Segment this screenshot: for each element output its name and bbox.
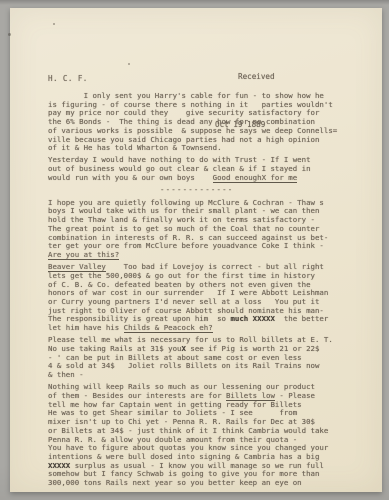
- paper-speck: [53, 23, 55, 25]
- letter-text: out of business would go out clear & cle…: [48, 164, 311, 173]
- letter-text: see if Pig is worth 21 or 22$: [186, 344, 320, 353]
- letter-line: 300,000 tons Rails next year so you bett…: [48, 479, 373, 488]
- letter-text: 300,000 tons Rails next year so you bett…: [48, 478, 302, 487]
- letter-line: of it & He has told Wharton & Townsend.: [48, 144, 373, 153]
- letter-body: I only sent you Harry's cable for fun - …: [48, 92, 373, 491]
- letter-text: of them - Besides our interests are for: [48, 391, 226, 400]
- letter-text: I hope you are quietly following up McCl…: [48, 198, 324, 207]
- received-label: Received: [215, 69, 275, 85]
- letter-text: - ' can be put in Billets at about same …: [48, 353, 302, 362]
- underlined-text: Are you at this?: [48, 250, 119, 260]
- letter-text: is figuring - of course there s nothing …: [48, 100, 333, 109]
- letter-text: 4 & sold at 34$ Joliet rolls Billets on …: [48, 361, 319, 370]
- letter-text: let him have his: [48, 323, 124, 332]
- letter-text: Penna R. R. & allow you double amount fr…: [48, 435, 297, 444]
- letter-text: I only sent you Harry's cable for fun - …: [48, 91, 324, 100]
- letter-text: intentions & were bull dosed into signin…: [48, 452, 319, 461]
- paragraph: Nothing will keep Rails so much as our l…: [48, 383, 373, 487]
- letter-text: lets get the 500,000$ & go out for the f…: [48, 271, 315, 280]
- letter-text: Too bad if Lovejoy is correct - but all …: [106, 262, 324, 271]
- paper-speck: [8, 33, 11, 36]
- letter-text: the 6% Bonds - The thing is dead any how…: [48, 117, 315, 126]
- paper-speck: [128, 63, 130, 65]
- letter-text: would run with you & our own boys: [48, 173, 213, 182]
- letter-text: ter get your ore from McClure before you…: [48, 241, 324, 250]
- letter-text: of it & He has told Wharton & Townsend.: [48, 143, 222, 152]
- letter-text: XXXXX: [48, 461, 70, 470]
- letter-text: Yesterday I would have nothing to do wit…: [48, 155, 311, 164]
- letter-text: Please tell me what is necessary for us …: [48, 335, 333, 344]
- letter-text: Nothing will keep Rails so much as our l…: [48, 382, 315, 391]
- letter-text: He was to get Shear similar to Joliets -…: [48, 408, 297, 417]
- paragraph: I only sent you Harry's cable for fun - …: [48, 92, 373, 153]
- paragraph: Please tell me what is necessary for us …: [48, 336, 373, 380]
- letter-text: & then -: [48, 370, 84, 379]
- letter-text: You have to figure about quotas you know…: [48, 443, 328, 452]
- letter-text: tell me how far Captain went in getting …: [48, 400, 302, 409]
- letter-text: much XXXXX: [230, 314, 275, 323]
- letter-text: the better: [275, 314, 328, 323]
- letter-text: pay my price nor could they give securit…: [48, 108, 319, 117]
- salutation: H. C. F.: [48, 74, 88, 83]
- letter-text: The great point is to get so much of the…: [48, 224, 319, 233]
- letter-text: of C. B. & Co. defeated beaten by others…: [48, 280, 311, 289]
- letter-text: honors of war cost in our surrender If I…: [48, 288, 328, 297]
- letter-text: combination in interests of R. R. s can …: [48, 233, 328, 242]
- letter-text: - Please: [275, 391, 315, 400]
- paragraph: I hope you are quietly following up McCl…: [48, 199, 373, 260]
- letter-text: mixer isn't up to Chi yet - Penna R. R. …: [48, 417, 315, 426]
- letter-page: Received Oct 19 1889 H. C. F. I only sen…: [10, 8, 382, 492]
- paragraph: Beaver Valley Too bad if Lovejoy is corr…: [48, 263, 373, 333]
- letter-text: somehow but I fancy Schwab is going to g…: [48, 469, 319, 478]
- letter-line: & then -: [48, 371, 373, 380]
- letter-text: surplus as usual - I know you will manag…: [70, 461, 324, 470]
- letter-text: boys I would take with us for their smal…: [48, 206, 319, 215]
- letter-text: hold the Thaw land & finally work it on …: [48, 215, 315, 224]
- letter-text: just right to Oliver of course Abbott sh…: [48, 306, 324, 315]
- letter-line: let him have his Childs & Peacock eh?: [48, 324, 373, 333]
- letter-text: ville because you said Chicago parties h…: [48, 135, 319, 144]
- letter-text: of various works is possible & suppose h…: [48, 126, 337, 135]
- section-divider: -------------: [48, 186, 373, 195]
- letter-text: or Curry young partners I'd never sell a…: [48, 297, 319, 306]
- letter-line: Are you at this?: [48, 251, 373, 260]
- letter-text: or Billets at 34$ - just think of it I t…: [48, 426, 328, 435]
- letter-text: No use taking Rails at 31$ you: [48, 344, 182, 353]
- paragraph: Yesterday I would have nothing to do wit…: [48, 156, 373, 182]
- letter-line: 4 & sold at 34$ Joliet rolls Billets on …: [48, 362, 373, 371]
- scan-background: { "colors":{"background":"#a9a8a4","pape…: [0, 0, 389, 500]
- letter-text: The responsibility is great upon him so: [48, 314, 230, 323]
- underlined-text: Good enoughX for me: [213, 173, 298, 183]
- letter-line: would run with you & our own boys Good e…: [48, 174, 373, 183]
- underlined-text: Childs & Peacock eh?: [124, 323, 213, 333]
